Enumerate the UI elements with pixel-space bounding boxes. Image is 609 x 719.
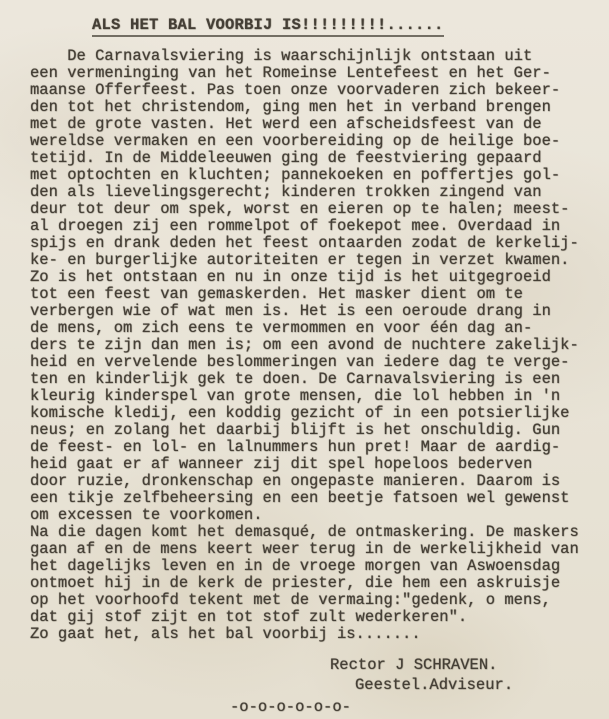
text-line: Zo gaat het, als het bal voorbij is.....… — [30, 626, 609, 643]
text-line: om excessen te voorkomen. — [30, 507, 609, 524]
text-line: deur tot deur om spek, worst en eieren o… — [30, 201, 609, 218]
text-line: spijs en drank deden het feest ontaarden… — [30, 235, 609, 252]
text-line: op het voorhoofd tekent met de vermaing:… — [30, 592, 609, 609]
text-line: al droegen zij een rommelpot of foekepot… — [30, 218, 609, 235]
text-line: ders te zijn dan men is; om een avond de… — [30, 337, 609, 354]
signature-name: Rector J SCHRAVEN. — [0, 657, 609, 674]
text-line: heid en vervelende beslommeringen van ie… — [30, 354, 609, 371]
text-line: Zo is het ontstaan en nu in onze tijd is… — [30, 269, 609, 286]
text-line: tot een feest van gemaskerden. Het maske… — [30, 286, 609, 303]
text-line: den tot het christendom, ging men het in… — [30, 99, 609, 116]
text-line: de feest- en lol- en lalnummers hun pret… — [30, 439, 609, 456]
document-title: ALS HET BAL VOORBIJ IS!!!!!!!!!...... — [92, 17, 444, 37]
text-line: ke- en burgerlijke autoriteiten er tegen… — [30, 252, 609, 269]
text-line: een tikje zelfbeheersing en een beetje f… — [30, 490, 609, 507]
text-line: een vermeninging van het Romeinse Lentef… — [30, 65, 609, 82]
text-line: De Carnavalsviering is waarschijnlijk on… — [30, 48, 609, 65]
text-line: met optochten en kluchten; pannekoeken e… — [30, 167, 609, 184]
text-line: wereldse vermaken en een voorbereiding o… — [30, 133, 609, 150]
text-line: maanse Offerfeest. Pas toen onze voorvad… — [30, 82, 609, 99]
signature-role: Geestel.Adviseur. — [0, 677, 609, 694]
divider-line: -o-o-o-o-o-o- — [0, 699, 609, 716]
text-line: ontmoet hij in de kerk de priester, die … — [30, 575, 609, 592]
text-line: neus; en zolang het daarbij blijft is he… — [30, 422, 609, 439]
text-line: komische kledij, een koddig gezicht of i… — [30, 405, 609, 422]
text-line: het dagelijks leven en in de vroege morg… — [30, 558, 609, 575]
text-line: den als lievelingsgerecht; kinderen trok… — [30, 184, 609, 201]
document-page: ALS HET BAL VOORBIJ IS!!!!!!!!!...... De… — [0, 0, 609, 719]
document-body: De Carnavalsviering is waarschijnlijk on… — [0, 48, 609, 643]
text-line: verbergen wie of wat men is. Het is een … — [30, 303, 609, 320]
text-line: gaan af en de mens keert weer terug in d… — [30, 541, 609, 558]
text-line: met de grote vasten. Het werd een afsche… — [30, 116, 609, 133]
text-line: ten en kinderlijk gek te doen. De Carnav… — [30, 371, 609, 388]
text-line: tetijd. In de Middeleeuwen ging de feest… — [30, 150, 609, 167]
text-line: kleurig kinderspel van grote mensen, die… — [30, 388, 609, 405]
text-line: de mens, om zich eens te vermommen en vo… — [30, 320, 609, 337]
text-line: heid gaat er af wanneer zij dit spel hop… — [30, 456, 609, 473]
text-line: dat gij stof zijt en tot stof zult weder… — [30, 609, 609, 626]
text-line: door ruzie, dronkenschap en ongepaste ma… — [30, 473, 609, 490]
text-line: Na die dagen komt het demasqué, de ontma… — [30, 524, 609, 541]
